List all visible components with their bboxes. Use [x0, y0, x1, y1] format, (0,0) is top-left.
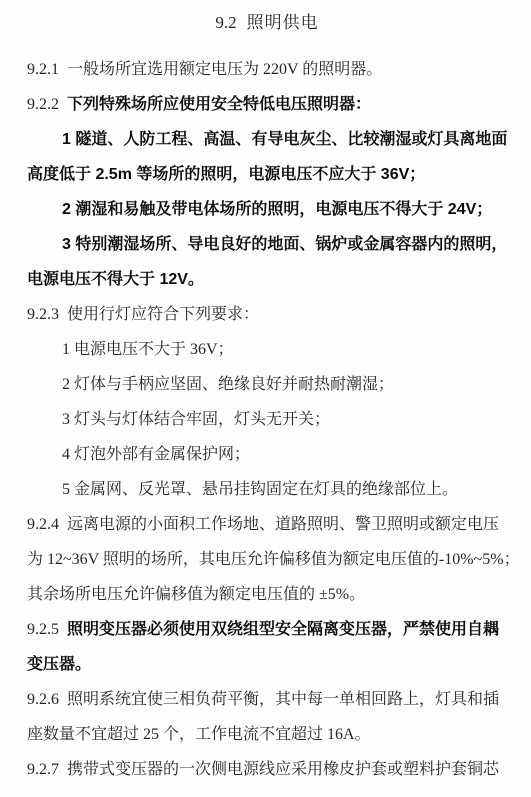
clause-9-2-3: 9.2.3使用行灯应符合下列要求：: [27, 297, 507, 332]
clause-9-2-3-item-2: 2 灯体与手柄应坚固、绝缘良好并耐热耐潮湿；: [27, 367, 507, 402]
clause-9-2-3-item-1: 1 电源电压不大于 36V；: [27, 332, 507, 367]
clause-number: 9.2.7: [27, 761, 59, 778]
clause-text: 一般场所宜选用额定电压为 220V 的照明器。: [67, 61, 382, 78]
document-page: 9.2照明供电 9.2.1一般场所宜选用额定电压为 220V 的照明器。 9.2…: [0, 0, 531, 797]
clause-number: 9.2.3: [27, 306, 59, 323]
clause-9-2-6-line-1: 9.2.6照明系统宜使三相负荷平衡，其中每一单相回路上，灯具和插: [27, 682, 507, 717]
clause-text: 远离电源的小面积工作场地、道路照明、警卫照明或额定电压: [67, 516, 499, 533]
clause-9-2-2-item-1-line-1: 1 隧道、人防工程、高温、有导电灰尘、比较潮湿或灯具离地面: [27, 122, 507, 157]
clause-9-2-2-item-3-line-2: 电源电压不得大于 12V。: [27, 262, 507, 297]
clause-number: 9.2.6: [27, 691, 59, 708]
clause-9-2-7-line-1: 9.2.7携带式变压器的一次侧电源线应采用橡皮护套或塑料护套铜芯: [27, 752, 507, 787]
clause-number: 9.2.1: [27, 61, 59, 78]
clause-9-2-5-line-2: 变压器。: [27, 647, 507, 682]
clause-number: 9.2.5: [27, 621, 59, 638]
clause-9-2-5-line-1: 9.2.5照明变压器必须使用双绕组型安全隔离变压器，严禁使用自耦: [27, 612, 507, 647]
clause-9-2-3-item-5: 5 金属网、反光罩、悬吊挂钩固定在灯具的绝缘部位上。: [27, 472, 507, 507]
clause-text: 照明系统宜使三相负荷平衡，其中每一单相回路上，灯具和插: [67, 691, 499, 708]
clause-9-2-4-line-2: 为 12~36V 照明的场所，其电压允许偏移值为额定电压值的-10%~5%；: [27, 542, 507, 577]
section-heading: 9.2照明供电: [27, 5, 507, 40]
clause-9-2-4-line-1: 9.2.4远离电源的小面积工作场地、道路照明、警卫照明或额定电压: [27, 507, 507, 542]
section-number: 9.2: [215, 13, 236, 32]
clause-text: 使用行灯应符合下列要求：: [67, 306, 259, 323]
clause-9-2-2: 9.2.2下列特殊场所应使用安全特低电压照明器：: [27, 87, 507, 122]
clause-9-2-4-line-3: 其余场所电压允许偏移值为额定电压值的 ±5%。: [27, 577, 507, 612]
clause-text: 照明变压器必须使用双绕组型安全隔离变压器，严禁使用自耦: [67, 621, 499, 638]
clause-9-2-3-item-3: 3 灯头与灯体结合牢固，灯头无开关；: [27, 402, 507, 437]
clause-9-2-3-item-4: 4 灯泡外部有金属保护网；: [27, 437, 507, 472]
clause-9-2-1: 9.2.1一般场所宜选用额定电压为 220V 的照明器。: [27, 52, 507, 87]
clause-number: 9.2.2: [27, 96, 59, 113]
clause-text: 下列特殊场所应使用安全特低电压照明器：: [67, 96, 371, 113]
clause-9-2-2-item-1-line-2: 高度低于 2.5m 等场所的照明，电源电压不应大于 36V；: [27, 157, 507, 192]
clause-9-2-2-item-3-line-1: 3 特别潮湿场所、导电良好的地面、锅炉或金属容器内的照明，: [27, 227, 507, 262]
section-title-text: 照明供电: [247, 13, 319, 32]
clause-number: 9.2.4: [27, 516, 59, 533]
clause-text: 携带式变压器的一次侧电源线应采用橡皮护套或塑料护套铜芯: [67, 761, 499, 778]
clause-9-2-2-item-2: 2 潮湿和易触及带电体场所的照明，电源电压不得大于 24V；: [27, 192, 507, 227]
clause-9-2-6-line-2: 座数量不宜超过 25 个，工作电流不宜超过 16A。: [27, 717, 507, 752]
